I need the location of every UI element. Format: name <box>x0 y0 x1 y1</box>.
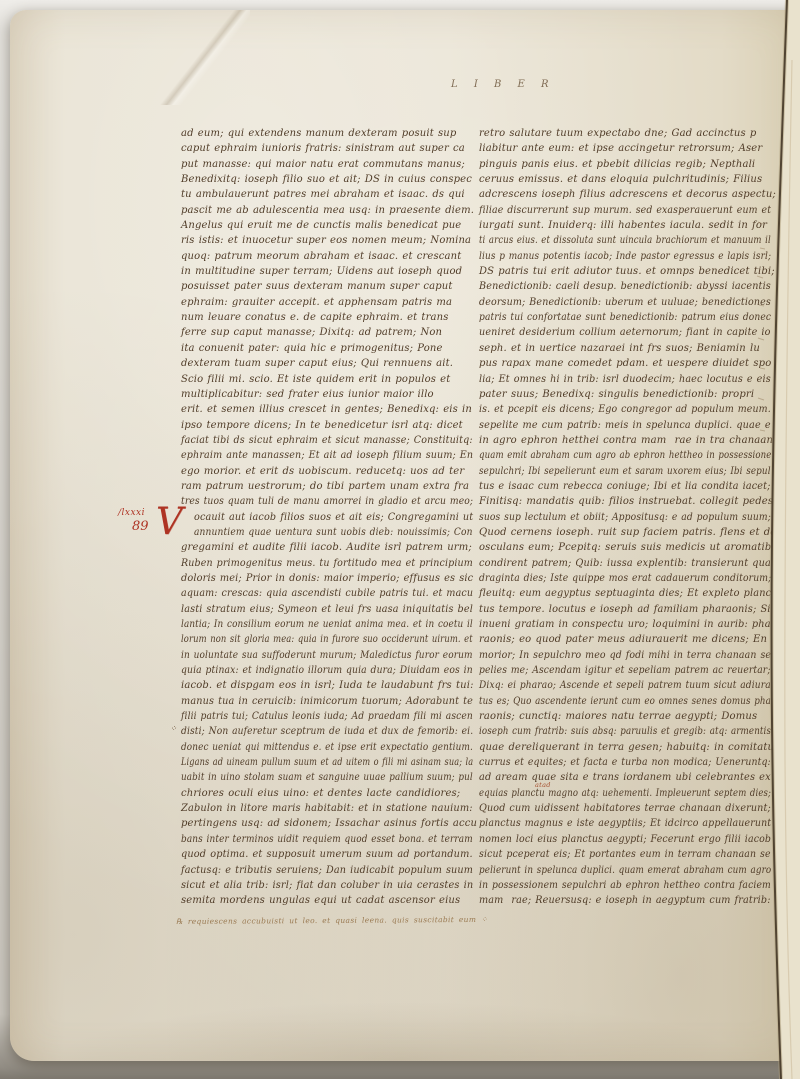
text-line: annuntiem quae uentura sunt uobis dieb: … <box>194 525 448 540</box>
text-line: tus tempore. locutus e ioseph ad familia… <box>479 602 765 617</box>
text-line: ocauit aut iacob filios suos et ait eis;… <box>194 510 463 525</box>
text-line: nomen loci eius planctus aegypti; Feceru… <box>479 832 754 847</box>
text-line: pascit me ab adulescentia mea usq: in pr… <box>181 203 473 218</box>
running-title: L I B E R <box>451 79 555 90</box>
rubricated-initial-v: V <box>156 505 190 539</box>
text-line: osculans eum; Pcepitq: seruis suis medic… <box>479 540 771 555</box>
text-line: doloris mei; Prior in donis: maior imper… <box>181 571 465 586</box>
text-line: suos sup lectulum et obiit; Appositusq: … <box>479 510 746 525</box>
text-line: sepulchri; Ibi sepelierunt eum et saram … <box>479 464 735 479</box>
text-line: caput ephraim iunioris fratris: sinistra… <box>181 141 473 156</box>
text-line: Angelus qui eruit me de cunctis malis be… <box>181 218 473 233</box>
text-line: pater suus; Benedixq: singulis benedicti… <box>479 387 771 402</box>
text-line: ipso tempore dicens; In te benedicetur i… <box>181 418 473 433</box>
text-line: ram patrum uestrorum; do tibi partem una… <box>181 479 473 494</box>
text-line: equias planctu magno atq: uehementi. Imp… <box>479 786 728 801</box>
text-line: lorum non sit gloria mea: quia in furore… <box>181 632 426 647</box>
text-line: tres tuos quam tuli de manu amorrei in g… <box>181 494 449 509</box>
text-line: filiae discurrerunt sup murum. sed exasp… <box>479 203 752 218</box>
text-line: factusq: e tributis seruiens; Dan iudica… <box>181 863 462 878</box>
parchment-stain <box>50 1001 750 1061</box>
text-line: Benedictionib: caeli desup. benedictioni… <box>479 279 760 294</box>
text-line: retro salutare tuum expectabo dne; Gad a… <box>479 126 771 141</box>
text-line: sicut et alia trib: isrl; fiat dan colub… <box>181 878 467 893</box>
text-line: chriores oculi eius uino: et dentes lact… <box>181 786 473 801</box>
text-line: manus tua in ceruicib: inimicorum tuorum… <box>181 694 463 709</box>
text-line: fleuitq: eum aegyptus septuaginta dies; … <box>479 586 763 601</box>
text-line: in multitudine super terram; Uidens aut … <box>181 264 473 279</box>
text-column-left: ad eum; qui extendens manum dexteram pos… <box>181 126 473 909</box>
text-line: quoq: patrum meorum abraham et isaac. et… <box>181 249 473 264</box>
text-line: sepelite me cum patrib: meis in spelunca… <box>479 418 761 433</box>
text-line: ego morior. et erit ds uobiscum. reducet… <box>181 464 473 479</box>
text-line: pertingens usq: ad sidonem; Issachar asi… <box>181 816 473 831</box>
text-line: lius p manus potentis iacob; Inde pastor… <box>479 249 739 264</box>
text-line: in uoluntate sua suffoderunt murum; Male… <box>181 648 443 663</box>
text-line: dexteram tuam super caput eius; Qui renn… <box>181 356 473 371</box>
text-line: tus es; Quo ascendente ierunt cum eo omn… <box>479 694 734 709</box>
text-line: Quod cum uidissent habitatores terrae ch… <box>479 801 759 816</box>
text-line: lia; Et omnes hi in trib: isrl duodecim;… <box>479 372 759 387</box>
text-line: pelies me; Ascendam igitur et sepeliam p… <box>479 663 746 678</box>
text-line: mam rae; Reuersusq: e ioseph in aegyptum… <box>479 893 760 908</box>
text-line: ad eum; qui extendens manum dexteram pos… <box>181 126 473 141</box>
text-line: Finitisq: mandatis quib: filios instrueb… <box>479 494 771 509</box>
text-line: ita conuenit pater: quia hic e primogeni… <box>181 341 473 356</box>
text-line: seph. et in uertice nazaraei int frs suo… <box>479 341 771 356</box>
next-page-chapter-number: Lxxxi <box>779 425 800 434</box>
text-line: faciat tibi ds sicut ephraim et sicut ma… <box>181 433 460 448</box>
text-line: filii patris tui; Catulus leonis iuda; A… <box>181 709 447 724</box>
text-line: planctus magnus e iste aegyptiis; Et idc… <box>479 816 754 831</box>
text-line: pus rapax mane comedet pdam. et uespere … <box>479 356 771 371</box>
text-line: multiplicabitur: sed frater eius iunior … <box>181 387 473 402</box>
text-line: donec ueniat qui mittendus e. et ipse er… <box>181 740 439 755</box>
text-line: tus e isaac cum rebecca coniuge; Ibi et … <box>479 479 760 494</box>
text-line: Benedixitq: ioseph filio suo et ait; DS … <box>181 172 473 187</box>
text-line: pinguis panis eius. et pbebit dilicias r… <box>479 157 771 172</box>
text-line: lasti stratum eius; Symeon et leui frs u… <box>181 602 462 617</box>
text-line: deorsum; Benedictionib: uberum et uuluae… <box>479 295 757 310</box>
text-line: in agro ephron hetthei contra mam rae in… <box>479 433 771 448</box>
text-line: ris istis: et inuocetur super eos nomen … <box>181 233 473 248</box>
text-line: semita mordens ungulas equi ut cadat asc… <box>181 893 473 908</box>
text-line: patris tui confortatae sunt benedictioni… <box>479 310 745 325</box>
text-line: posuisset pater suus dexteram manum supe… <box>181 279 473 294</box>
text-line: Ruben primogenitus meus. tu fortitudo me… <box>181 556 458 571</box>
text-line: ephraim ante manassen; Et ait ad ioseph … <box>181 448 460 463</box>
text-line: currus et equites; et facta e turba non … <box>479 755 751 770</box>
manuscript-scan: L I B E R ad eum; qui extendens manum de… <box>0 0 800 1079</box>
text-line: draginta dies; Iste quippe mos erat cada… <box>479 571 748 586</box>
text-line: raonis; eo quod pater meus adiurauerit m… <box>479 632 771 647</box>
margin-chapter-arabic: 89 <box>132 519 149 534</box>
text-line: ti arcus eius. et dissoluta sunt uincula… <box>479 233 728 248</box>
text-line: lantia; In consilium eorum ne ueniat ani… <box>181 617 439 632</box>
text-line: iurgati sunt. Inuiderq: illi habentes ia… <box>479 218 771 233</box>
text-line: raonis; cunctiq: maiores natu terrae aeg… <box>479 709 771 724</box>
text-line: quam emit abraham cum agro ab ephron het… <box>479 448 728 463</box>
text-line: pelierunt in spelunca duplici. quam emer… <box>479 863 735 878</box>
text-line: quod optima. et supposuit umerum suum ad… <box>181 847 465 862</box>
text-line: is. et pcepit eis dicens; Ego congregor … <box>479 402 753 417</box>
interlinear-gloss: atad <box>535 781 551 789</box>
text-line: Quod cernens ioseph. ruit sup faciem pat… <box>479 525 771 540</box>
text-line: Scio filii mi. scio. Et iste quidem erit… <box>181 372 473 387</box>
text-line: adcrescens ioseph filius adcrescens et d… <box>479 187 771 202</box>
text-line: uabit in uino stolam suam et sanguine uu… <box>181 770 437 785</box>
text-line: DS patris tui erit adiutor tuus. et omnp… <box>479 264 771 279</box>
text-line: condirent patrem; Quib: iussa explentib:… <box>479 556 762 571</box>
text-line: gregamini et audite filii iacob. Audite … <box>181 540 473 555</box>
text-line: ueniret desiderium collium aeternorum; f… <box>479 325 759 340</box>
parchment-crease <box>160 10 250 105</box>
text-line: num leuare conatus e. de capite ephraim.… <box>181 310 473 325</box>
text-line: aquam: crescas: quia ascendisti cubile p… <box>181 586 459 601</box>
text-line: put manasse: qui maior natu erat commuta… <box>181 157 473 172</box>
text-line: ephraim: grauiter accepit. et apphensam … <box>181 295 473 310</box>
text-line: ad aream quae sita e trans iordanem ubi … <box>479 770 764 785</box>
text-line: tu ambulauerunt patres mei abraham et is… <box>181 187 473 202</box>
text-line: sicut pceperat eis; Et portantes eum in … <box>479 847 752 862</box>
text-line: ioseph cum fratrib: suis absq: paruulis … <box>479 724 733 739</box>
text-line: morior; In sepulchro meo qd fodi mihi in… <box>479 648 753 663</box>
text-line: inueni gratiam in conspectu uro; loquimi… <box>479 617 763 632</box>
text-line: disti; Non auferetur sceptrum de iuda et… <box>181 724 447 739</box>
text-line: liabitur ante eum: et ipse accingetur re… <box>479 141 771 156</box>
text-line: ferre sup caput manasse; Dixitq: ad patr… <box>181 325 473 340</box>
text-line: Dixq: ei pharao; Ascende et sepeli patre… <box>479 678 744 693</box>
text-column-right: retro salutare tuum expectabo dne; Gad a… <box>479 126 771 909</box>
margin-chapter-roman: ∕lxxxi <box>118 508 145 518</box>
text-line: ceruus emissus. et dans eloquia pulchrit… <box>479 172 771 187</box>
text-line: quia ptinax: et indignatio illorum quia … <box>181 663 449 678</box>
margin-correction-sign: ⁘ <box>170 724 177 733</box>
text-line: Zabulon in litore maris habitabit: et in… <box>181 801 467 816</box>
text-line: iacob. et dispgam eos in isrl; Iuda te l… <box>181 678 473 693</box>
text-line: Ligans ad uineam pullum suum et ad uitem… <box>181 755 420 770</box>
text-line: quae dereliquerant in terra gesen; habui… <box>479 740 771 755</box>
text-line: erit. et semen illius crescet in gentes;… <box>181 402 473 417</box>
text-line: bans inter terminos uidit requiem quod e… <box>181 832 441 847</box>
text-line: in possessionem sepulchri ab ephron hett… <box>479 878 748 893</box>
